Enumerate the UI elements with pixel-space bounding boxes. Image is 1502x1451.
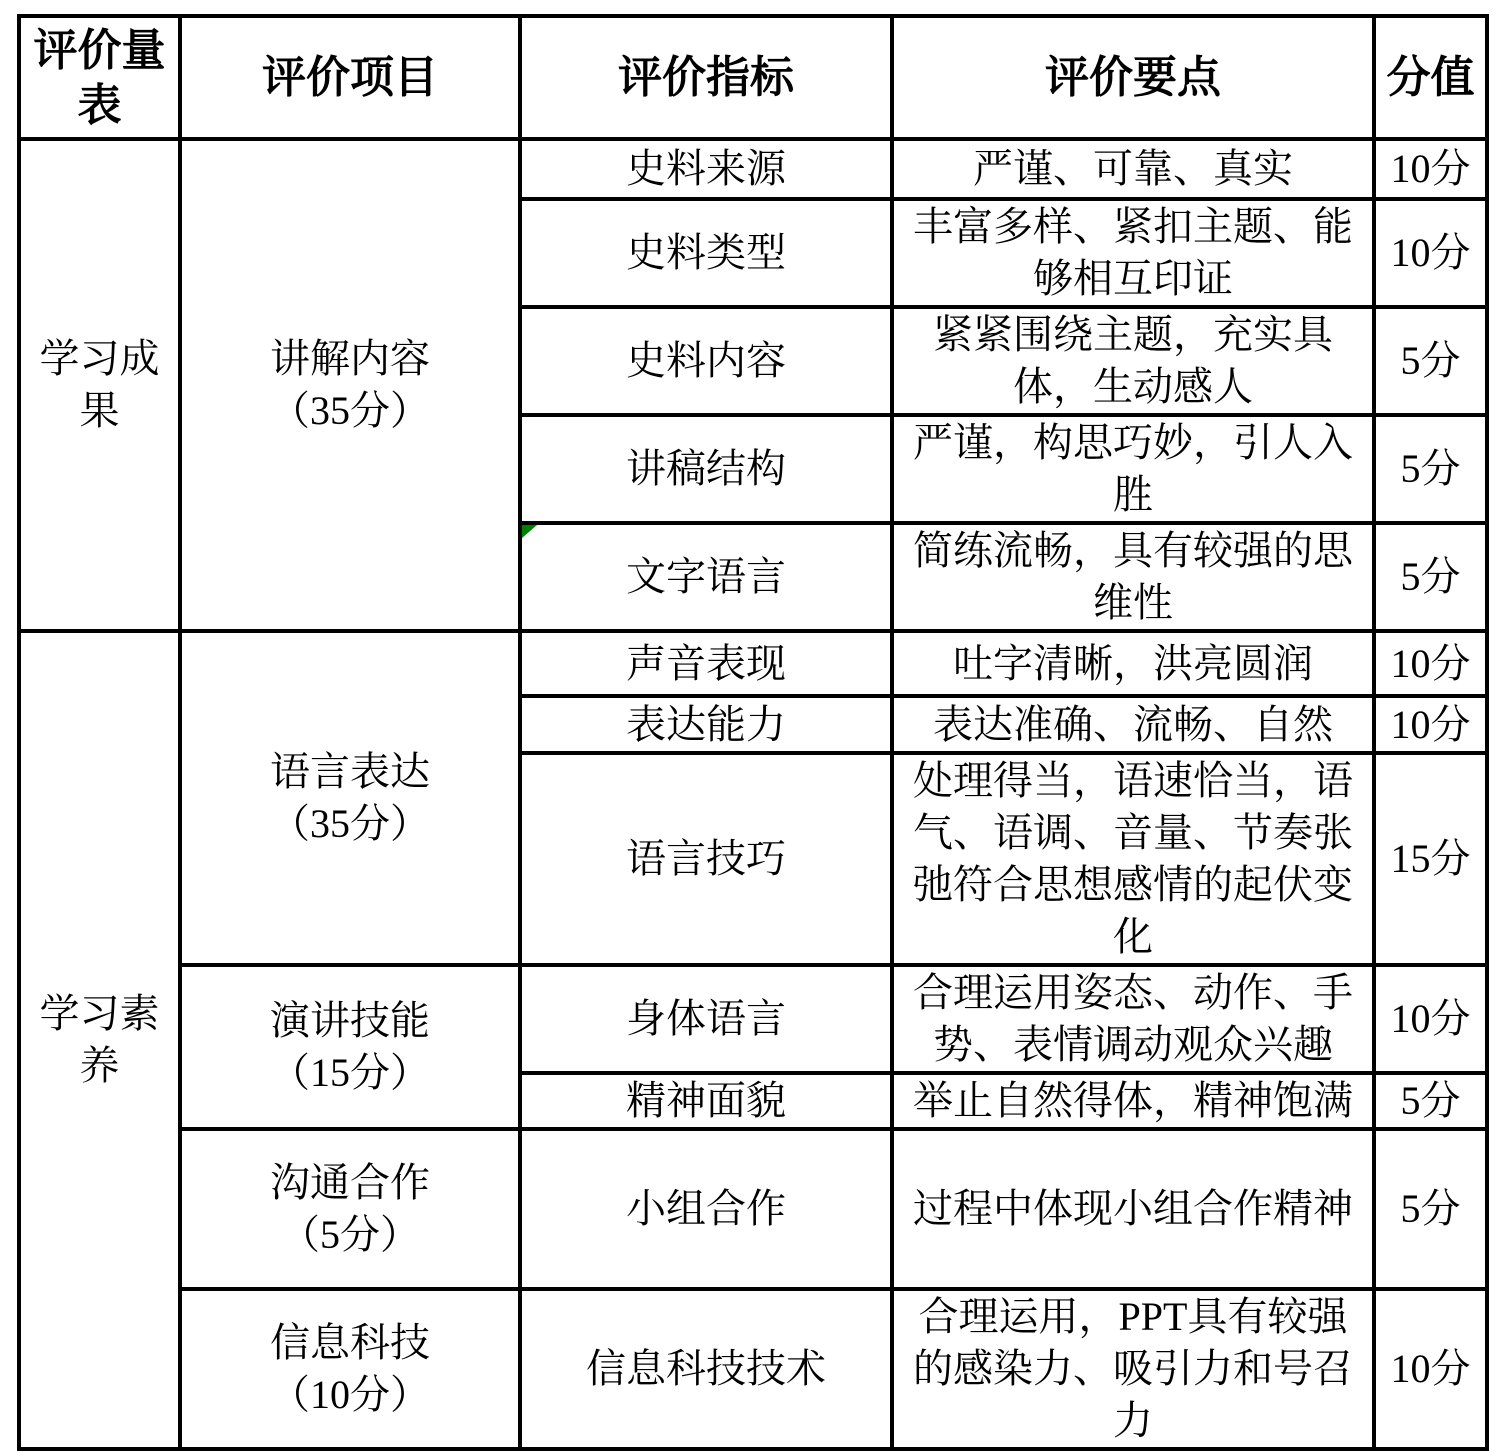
header-scale: 评价量表 <box>19 16 180 139</box>
project-score: （10分） <box>188 1369 512 1421</box>
table-row: 学习素养 语言表达 （35分） 声音表现 吐字清晰，洪亮圆润 10分 <box>19 631 1487 696</box>
score-cell: 5分 <box>1374 307 1487 415</box>
table-row: 沟通合作 （5分） 小组合作 过程中体现小组合作精神 5分 <box>19 1129 1487 1289</box>
project-cell-information-technology: 信息科技 （10分） <box>180 1289 520 1449</box>
table-row: 学习成果 讲解内容 （35分） 史料来源 严谨、可靠、真实 10分 <box>19 139 1487 199</box>
points-cell: 过程中体现小组合作精神 <box>892 1129 1374 1289</box>
indicator-cell: 表达能力 <box>520 696 892 753</box>
indicator-cell: 精神面貌 <box>520 1073 892 1129</box>
table-row: 演讲技能 （15分） 身体语言 合理运用姿态、动作、手势、表情调动观众兴趣 10… <box>19 965 1487 1073</box>
header-points: 评价要点 <box>892 16 1374 139</box>
score-cell: 10分 <box>1374 1289 1487 1449</box>
project-score: （5分） <box>188 1209 512 1261</box>
score-cell: 10分 <box>1374 965 1487 1073</box>
score-cell: 10分 <box>1374 139 1487 199</box>
points-cell: 吐字清晰，洪亮圆润 <box>892 631 1374 696</box>
header-row: 评价量表 评价项目 评价指标 评价要点 分值 <box>19 16 1487 139</box>
indicator-cell: 文字语言 <box>520 523 892 631</box>
points-cell: 合理运用姿态、动作、手势、表情调动观众兴趣 <box>892 965 1374 1073</box>
indicator-cell: 史料类型 <box>520 199 892 307</box>
points-cell: 严谨、可靠、真实 <box>892 139 1374 199</box>
indicator-label: 文字语言 <box>626 554 786 599</box>
indicator-cell: 声音表现 <box>520 631 892 696</box>
points-cell: 合理运用，PPT具有较强的感染力、吸引力和号召力 <box>892 1289 1374 1449</box>
points-cell: 简练流畅，具有较强的思维性 <box>892 523 1374 631</box>
indicator-cell: 史料来源 <box>520 139 892 199</box>
project-score: （15分） <box>188 1047 512 1099</box>
project-score: （35分） <box>188 385 512 437</box>
header-indicator: 评价指标 <box>520 16 892 139</box>
project-name: 演讲技能 <box>188 995 512 1047</box>
project-name: 信息科技 <box>188 1317 512 1369</box>
indicator-cell: 小组合作 <box>520 1129 892 1289</box>
score-cell: 5分 <box>1374 1073 1487 1129</box>
score-cell: 10分 <box>1374 696 1487 753</box>
points-cell: 表达准确、流畅、自然 <box>892 696 1374 753</box>
page: 评价量表 评价项目 评价指标 评价要点 分值 学习成果 讲解内容 （35分） 史… <box>0 0 1502 1394</box>
indicator-cell: 身体语言 <box>520 965 892 1073</box>
project-name: 讲解内容 <box>188 333 512 385</box>
project-score: （35分） <box>188 798 512 850</box>
score-cell: 10分 <box>1374 199 1487 307</box>
score-cell: 5分 <box>1374 415 1487 523</box>
project-cell-language-expression: 语言表达 （35分） <box>180 631 520 965</box>
score-cell: 10分 <box>1374 631 1487 696</box>
category-cell-learning-literacy: 学习素养 <box>19 631 180 1449</box>
project-cell-explain-content: 讲解内容 （35分） <box>180 139 520 631</box>
indicator-cell: 讲稿结构 <box>520 415 892 523</box>
indicator-cell: 语言技巧 <box>520 753 892 965</box>
points-cell: 处理得当，语速恰当，语气、语调、音量、节奏张弛符合思想感情的起伏变化 <box>892 753 1374 965</box>
project-cell-speech-skills: 演讲技能 （15分） <box>180 965 520 1129</box>
cell-comment-marker-icon <box>522 525 537 538</box>
points-cell: 丰富多样、紧扣主题、能够相互印证 <box>892 199 1374 307</box>
project-name: 语言表达 <box>188 746 512 798</box>
project-cell-communication-cooperation: 沟通合作 （5分） <box>180 1129 520 1289</box>
points-cell: 紧紧围绕主题，充实具体，生动感人 <box>892 307 1374 415</box>
table-row: 信息科技 （10分） 信息科技技术 合理运用，PPT具有较强的感染力、吸引力和号… <box>19 1289 1487 1449</box>
header-score: 分值 <box>1374 16 1487 139</box>
points-cell: 举止自然得体，精神饱满 <box>892 1073 1374 1129</box>
indicator-cell: 史料内容 <box>520 307 892 415</box>
header-project: 评价项目 <box>180 16 520 139</box>
indicator-cell: 信息科技技术 <box>520 1289 892 1449</box>
category-cell-learning-outcomes: 学习成果 <box>19 139 180 631</box>
project-name: 沟通合作 <box>188 1157 512 1209</box>
score-cell: 15分 <box>1374 753 1487 965</box>
evaluation-table: 评价量表 评价项目 评价指标 评价要点 分值 学习成果 讲解内容 （35分） 史… <box>17 14 1489 1451</box>
points-cell: 严谨，构思巧妙，引人入胜 <box>892 415 1374 523</box>
score-cell: 5分 <box>1374 1129 1487 1289</box>
score-cell: 5分 <box>1374 523 1487 631</box>
